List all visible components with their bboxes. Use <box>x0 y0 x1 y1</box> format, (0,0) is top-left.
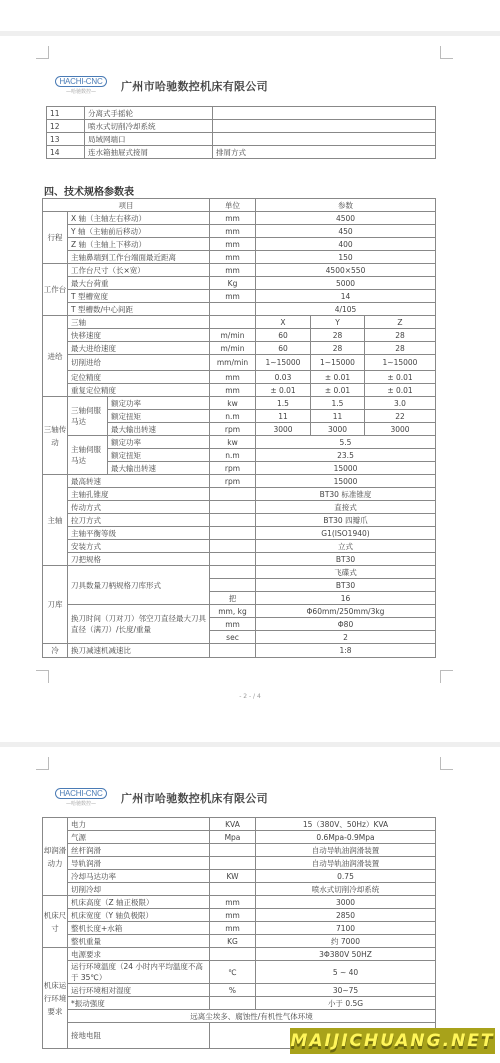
table-row: 主轴平衡等级G1(ISO1940) <box>43 527 436 540</box>
margin-corner <box>440 757 453 770</box>
margin-corner <box>440 670 453 683</box>
margin-corner <box>36 46 49 59</box>
group-size: 机床尺寸 <box>43 896 68 948</box>
table-row: 最大台荷重Kg5000 <box>43 277 436 290</box>
spec-table: 项目 单位 参数 行程 X 轴（主轴左右移动）mm4500 Y 轴（主轴前后移动… <box>42 198 436 658</box>
table-row: 运行环境相对湿度%30~75 <box>43 984 436 997</box>
table-row: 11分离式手摇轮 <box>47 107 436 120</box>
page-header: HACHI-CNC —哈驰数控— 广州市哈驰数控机床有限公司 <box>49 76 268 95</box>
table-row: 行程 X 轴（主轴左右移动）mm4500 <box>43 212 436 225</box>
table-row: 机床宽度（Y 轴负极限）mm2850 <box>43 909 436 922</box>
table-row: 主轴鼻端到工作台端面最近距离mm150 <box>43 251 436 264</box>
group-spindle: 主轴 <box>43 475 68 566</box>
group-environment: 机床运行环境要求 <box>43 948 68 1049</box>
table-row: 最大进给速度m/min602828 <box>43 342 436 355</box>
table-row: 丝杆润滑自动导轨油润滑装置 <box>43 844 436 857</box>
spec-table-continued: 却润滑动力 电力KVA15（380V、50Hz）KVA 气源Mpa0.6Mpa-… <box>42 817 436 1049</box>
table-row: 12喷水式切削冷却系统 <box>47 120 436 133</box>
table-row: 机床尺寸 机床高度（Z 轴正极限）mm3000 <box>43 896 436 909</box>
group-magazine: 刀库 <box>43 566 68 644</box>
margin-corner <box>36 670 49 683</box>
table-row: Z 轴（主轴上下移动）mm400 <box>43 238 436 251</box>
table-row: 刀把规格BT30 <box>43 553 436 566</box>
table-row: 运行环境温度（24 小时内平均温度不高于 35℃）℃5 ~ 40 <box>43 961 436 984</box>
table-row: 传动方式直接式 <box>43 501 436 514</box>
margin-corner <box>440 46 453 59</box>
top-bar <box>0 0 500 31</box>
table-row: 定位精度mm0.03± 0.01± 0.01 <box>43 371 436 384</box>
spec-header-row: 项目 单位 参数 <box>43 199 436 212</box>
page-header: HACHI-CNC —哈驰数控— 广州市哈驰数控机床有限公司 <box>49 788 268 807</box>
table-row: 远离尘埃多、腐蚀性/有机性气体环境 <box>43 1010 436 1023</box>
group-worktable: 工作台 <box>43 264 68 316</box>
table-row: 切削进给mm/min1~150001~150001~15000 <box>43 355 436 371</box>
group-travel: 行程 <box>43 212 68 264</box>
table-row: 14连水箱抽屉式接屑排屑方式 <box>47 146 436 159</box>
table-row: 三轴传动 三轴伺服马达 额定功率kw1.51.53.0 <box>43 397 436 410</box>
margin-corner <box>36 757 49 770</box>
table-row: 安装方式立式 <box>43 540 436 553</box>
site-watermark: MAIJICHUANG.NET <box>290 1028 495 1054</box>
table-row: 主轴伺服马达 额定功率kw5.5 <box>43 436 436 449</box>
table-row: 进给 三轴 XYZ <box>43 316 436 329</box>
table-row: T 型槽宽度mm14 <box>43 290 436 303</box>
table-row: 冷却马达功率KW0.75 <box>43 870 436 883</box>
company-name: 广州市哈驰数控机床有限公司 <box>121 78 268 94</box>
table-row: T 型槽数/中心间距4/105 <box>43 303 436 316</box>
group-drive: 三轴传动 <box>43 397 68 475</box>
table-row: 气源Mpa0.6Mpa-0.9Mpa <box>43 831 436 844</box>
table-row: 主轴 最高转速rpm15000 <box>43 475 436 488</box>
table-row: 却润滑动力 电力KVA15（380V、50Hz）KVA <box>43 818 436 831</box>
company-logo: HACHI-CNC —哈驰数控— <box>49 788 113 807</box>
group-feed: 进给 <box>43 316 68 397</box>
company-name: 广州市哈驰数控机床有限公司 <box>121 790 268 806</box>
options-table: 11分离式手摇轮 12喷水式切削冷却系统 13局域网端口 14连水箱抽屉式接屑排… <box>46 106 436 159</box>
table-row: 刀库 刀具数量刀柄规格刀库形式 飞碟式 <box>43 566 436 579</box>
page-number: - 2 - / 4 <box>0 693 500 700</box>
table-row: 重复定位精度mm± 0.01± 0.01± 0.01 <box>43 384 436 397</box>
company-logo: HACHI-CNC —哈驰数控— <box>49 76 113 95</box>
table-row: 机床运行环境要求 电源要求3Φ380V 50HZ <box>43 948 436 961</box>
table-row: *振动强度小于 0.5G <box>43 997 436 1010</box>
table-row: 工作台 工作台尺寸（长×宽）mm4500×550 <box>43 264 436 277</box>
table-row: 整机长度+水箱mm7100 <box>43 922 436 935</box>
table-row: 冷 换刀减速机减速比1:8 <box>43 644 436 658</box>
table-row: Y 轴（主轴前后移动）mm450 <box>43 225 436 238</box>
table-row: 整机重量KG约 7000 <box>43 935 436 948</box>
table-row: 主轴孔锥度BT30 标准锥度 <box>43 488 436 501</box>
table-row: 拉刀方式BT30 四瓣爪 <box>43 514 436 527</box>
section-title: 四、技术规格参数表 <box>44 183 134 198</box>
group-power: 却润滑动力 <box>43 818 68 896</box>
table-row: 13局域网端口 <box>47 133 436 146</box>
table-row: 换刀时间（刀对刀）邻空刀直径最大刀具直径（满刀）/长度/重量 mm, kgΦ60… <box>43 605 436 618</box>
group-cool: 冷 <box>43 644 68 658</box>
table-row: 导轨润滑自动导轨油润滑装置 <box>43 857 436 870</box>
table-row: 快移速度m/min602828 <box>43 329 436 342</box>
table-row: 切削冷却喷水式切削冷却系统 <box>43 883 436 896</box>
